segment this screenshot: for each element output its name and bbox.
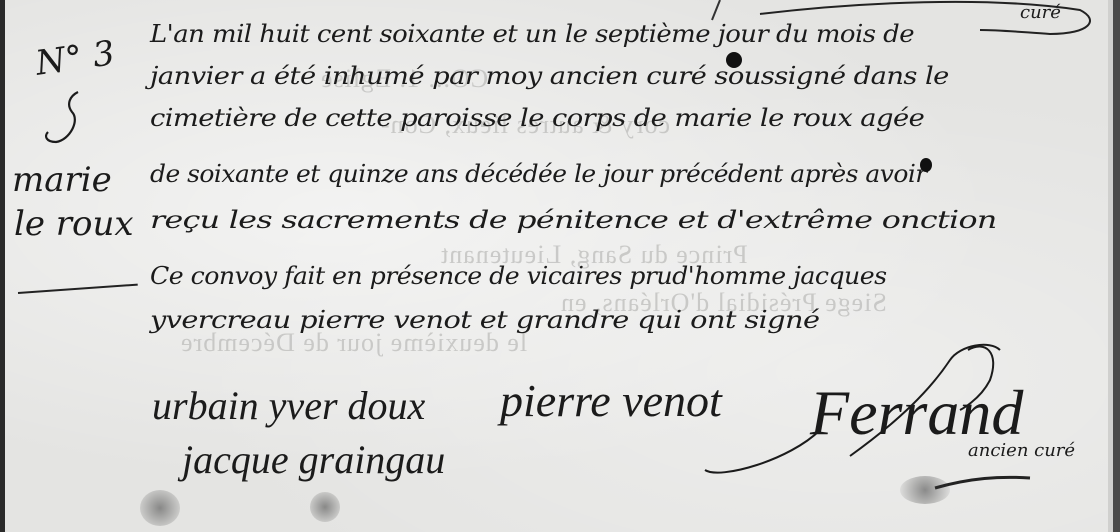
body-line-1: L'an mil huit cent soixante et un le sep… [150, 20, 914, 48]
body-line-3: cimetière de cette paroisse le corps de … [150, 104, 924, 132]
body-line-4: de soixante et quinze ans décédée le jou… [150, 160, 927, 188]
margin-last-name: le roux [14, 204, 134, 244]
body-line-6: Ce convoy fait en présence de vicaires p… [150, 262, 887, 290]
ink-smudge [900, 476, 950, 504]
body-line-2: janvier a été inhumé par moy ancien curé… [150, 62, 949, 90]
ink-blot [726, 52, 742, 68]
ink-smudge [310, 492, 340, 522]
ink-smudge [140, 490, 180, 526]
body-line-5: reçu les sacrements de pénitence et d'ex… [150, 206, 997, 234]
document-scan: CO... 1. Eglise cory & autres lieux, Con… [0, 0, 1120, 532]
signature-pierre-venot: pierre venot [500, 374, 722, 427]
signature-ferrand: Ferrand [810, 376, 1023, 450]
signature-jacque-graingau: jacque graingau [182, 436, 445, 483]
signature-title: ancien curé [968, 440, 1075, 461]
margin-first-name: marie [12, 160, 112, 200]
body-line-7: yvercreau pierre venot et grandre qui on… [150, 306, 819, 334]
header-fragment-curé: curé [1020, 2, 1061, 23]
ink-blot [920, 158, 932, 172]
signature-urbain-yver-doux: urbain yver doux [152, 382, 425, 429]
